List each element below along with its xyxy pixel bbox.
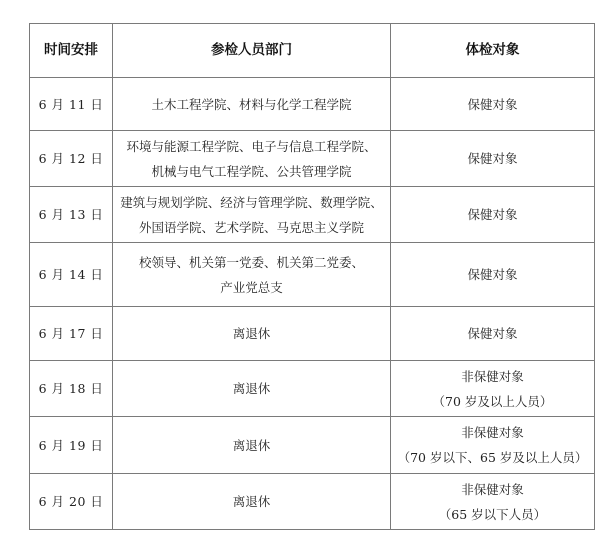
department-cell: 离退休 [113, 361, 391, 417]
target-cell: 保健对象 [391, 187, 595, 243]
date-cell: 6 月 13 日 [30, 187, 113, 243]
target-line: 保健对象 [395, 262, 590, 287]
table-row: 6 月 12 日 环境与能源工程学院、电子与信息工程学院、 机械与电气工程学院、… [30, 131, 595, 187]
date-cell: 6 月 12 日 [30, 131, 113, 187]
department-line: 机械与电气工程学院、公共管理学院 [117, 159, 386, 184]
target-cell: 非保健对象 （65 岁以下人员） [391, 474, 595, 530]
header-time: 时间安排 [30, 24, 113, 78]
department-line: 离退休 [117, 376, 386, 401]
department-cell: 土木工程学院、材料与化学工程学院 [113, 78, 391, 131]
target-line: 保健对象 [395, 146, 590, 171]
target-line: 保健对象 [395, 202, 590, 227]
target-cell: 保健对象 [391, 307, 595, 361]
table-row: 6 月 17 日 离退休 保健对象 [30, 307, 595, 361]
target-note: （70 岁及以上人员） [395, 389, 590, 414]
date-cell: 6 月 18 日 [30, 361, 113, 417]
department-line: 建筑与规划学院、经济与管理学院、数理学院、 [117, 190, 386, 215]
table-row: 6 月 19 日 离退休 非保健对象 （70 岁以下、65 岁及以上人员） [30, 417, 595, 474]
table-row: 6 月 20 日 离退休 非保健对象 （65 岁以下人员） [30, 474, 595, 530]
department-line: 外国语学院、艺术学院、马克思主义学院 [117, 215, 386, 240]
table-header-row: 时间安排 参检人员部门 体检对象 [30, 24, 595, 78]
exam-schedule-table: 时间安排 参检人员部门 体检对象 6 月 11 日 土木工程学院、材料与化学工程… [29, 23, 595, 530]
department-line: 土木工程学院、材料与化学工程学院 [117, 92, 386, 117]
target-line: 非保健对象 [395, 364, 590, 389]
date-cell: 6 月 11 日 [30, 78, 113, 131]
target-cell: 保健对象 [391, 78, 595, 131]
date-cell: 6 月 14 日 [30, 243, 113, 307]
target-line: 保健对象 [395, 321, 590, 346]
table-row: 6 月 14 日 校领导、机关第一党委、机关第二党委、 产业党总支 保健对象 [30, 243, 595, 307]
department-cell: 离退休 [113, 417, 391, 474]
department-line: 离退休 [117, 489, 386, 514]
target-cell: 保健对象 [391, 131, 595, 187]
target-note: （70 岁以下、65 岁及以上人员） [395, 445, 590, 470]
department-line: 环境与能源工程学院、电子与信息工程学院、 [117, 134, 386, 159]
header-department: 参检人员部门 [113, 24, 391, 78]
table-row: 6 月 18 日 离退休 非保健对象 （70 岁及以上人员） [30, 361, 595, 417]
target-cell: 非保健对象 （70 岁以下、65 岁及以上人员） [391, 417, 595, 474]
target-cell: 保健对象 [391, 243, 595, 307]
department-line: 产业党总支 [117, 275, 386, 300]
target-line: 非保健对象 [395, 477, 590, 502]
department-line: 校领导、机关第一党委、机关第二党委、 [117, 250, 386, 275]
department-cell: 环境与能源工程学院、电子与信息工程学院、 机械与电气工程学院、公共管理学院 [113, 131, 391, 187]
table-row: 6 月 13 日 建筑与规划学院、经济与管理学院、数理学院、 外国语学院、艺术学… [30, 187, 595, 243]
table-row: 6 月 11 日 土木工程学院、材料与化学工程学院 保健对象 [30, 78, 595, 131]
target-cell: 非保健对象 （70 岁及以上人员） [391, 361, 595, 417]
department-cell: 离退休 [113, 474, 391, 530]
target-note: （65 岁以下人员） [395, 502, 590, 527]
header-target: 体检对象 [391, 24, 595, 78]
department-cell: 离退休 [113, 307, 391, 361]
target-line: 保健对象 [395, 92, 590, 117]
department-line: 离退休 [117, 321, 386, 346]
date-cell: 6 月 19 日 [30, 417, 113, 474]
department-line: 离退休 [117, 433, 386, 458]
date-cell: 6 月 17 日 [30, 307, 113, 361]
department-cell: 建筑与规划学院、经济与管理学院、数理学院、 外国语学院、艺术学院、马克思主义学院 [113, 187, 391, 243]
target-line: 非保健对象 [395, 420, 590, 445]
department-cell: 校领导、机关第一党委、机关第二党委、 产业党总支 [113, 243, 391, 307]
date-cell: 6 月 20 日 [30, 474, 113, 530]
